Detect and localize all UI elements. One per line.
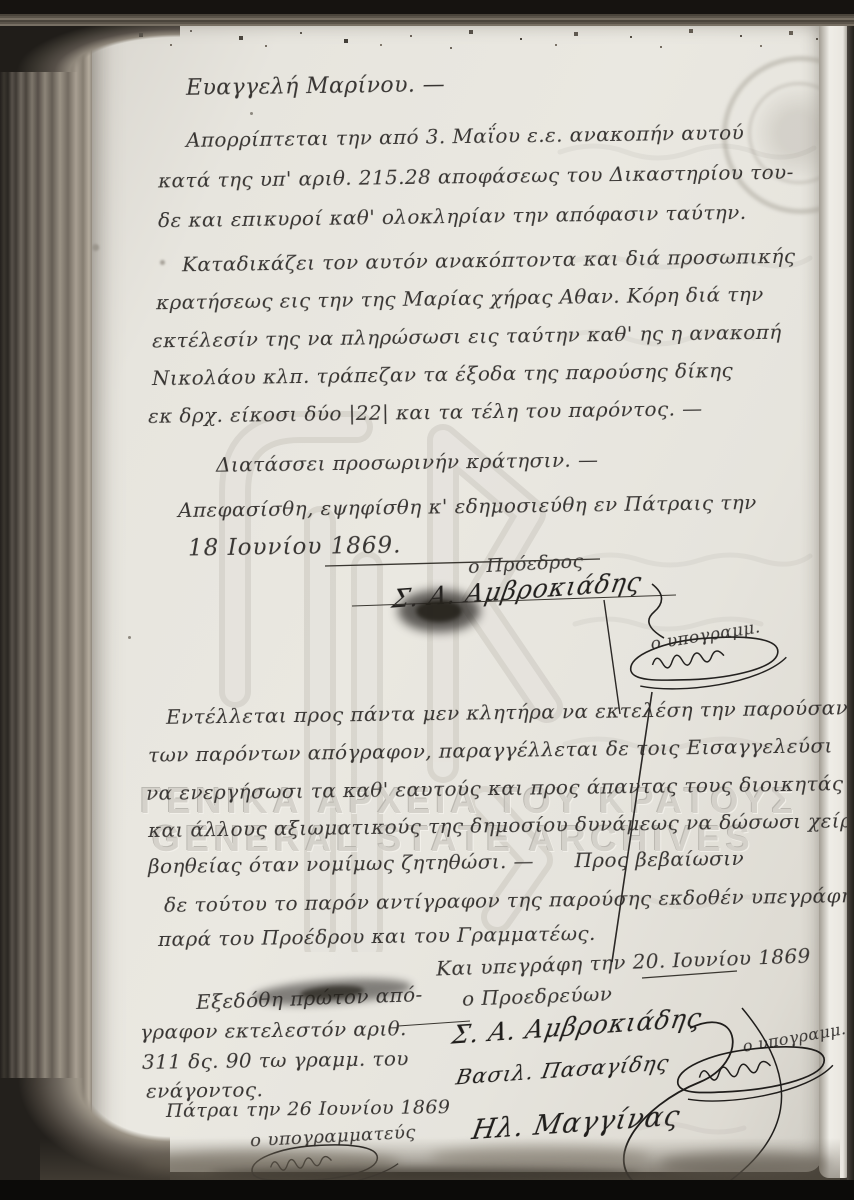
bottom-smudge: [430, 1146, 650, 1168]
margin-note-line: 311 δς. 90 τω γραμμ. του: [142, 1046, 409, 1074]
decision-date: 18 Ιουνίου 1869.: [188, 533, 402, 562]
case-heading: Ευαγγελή Μαρίνου. —: [186, 72, 445, 101]
scan-bottom-band: [0, 1180, 854, 1200]
paper-stain: [250, 112, 253, 115]
book-binding-edge: [0, 0, 92, 1200]
scan-top-band: [0, 0, 854, 14]
scan-right-gap: [847, 0, 854, 1200]
archival-scan: ΓΕΝΙΚΑ ΑΡΧΕΙΑ ΤΟΥ ΚΡΑΤΟΥΣ GENERAL STATE …: [0, 0, 854, 1200]
bottom-smudge: [210, 1168, 640, 1180]
margin-note-line: γραφον εκτελεστόν αριθ.: [140, 1016, 407, 1044]
paper-stain: [128, 636, 131, 639]
next-page-edge: [819, 18, 849, 1178]
paper-stain: [160, 260, 165, 265]
edge-dirt-speckles: [0, 0, 2, 2]
bottom-smudge: [660, 1152, 830, 1176]
margin-date: Πάτραι την 26 Ιουνίου 1869: [166, 1096, 451, 1122]
ink-blot-core: [416, 600, 462, 622]
paper-stain: [92, 244, 99, 251]
